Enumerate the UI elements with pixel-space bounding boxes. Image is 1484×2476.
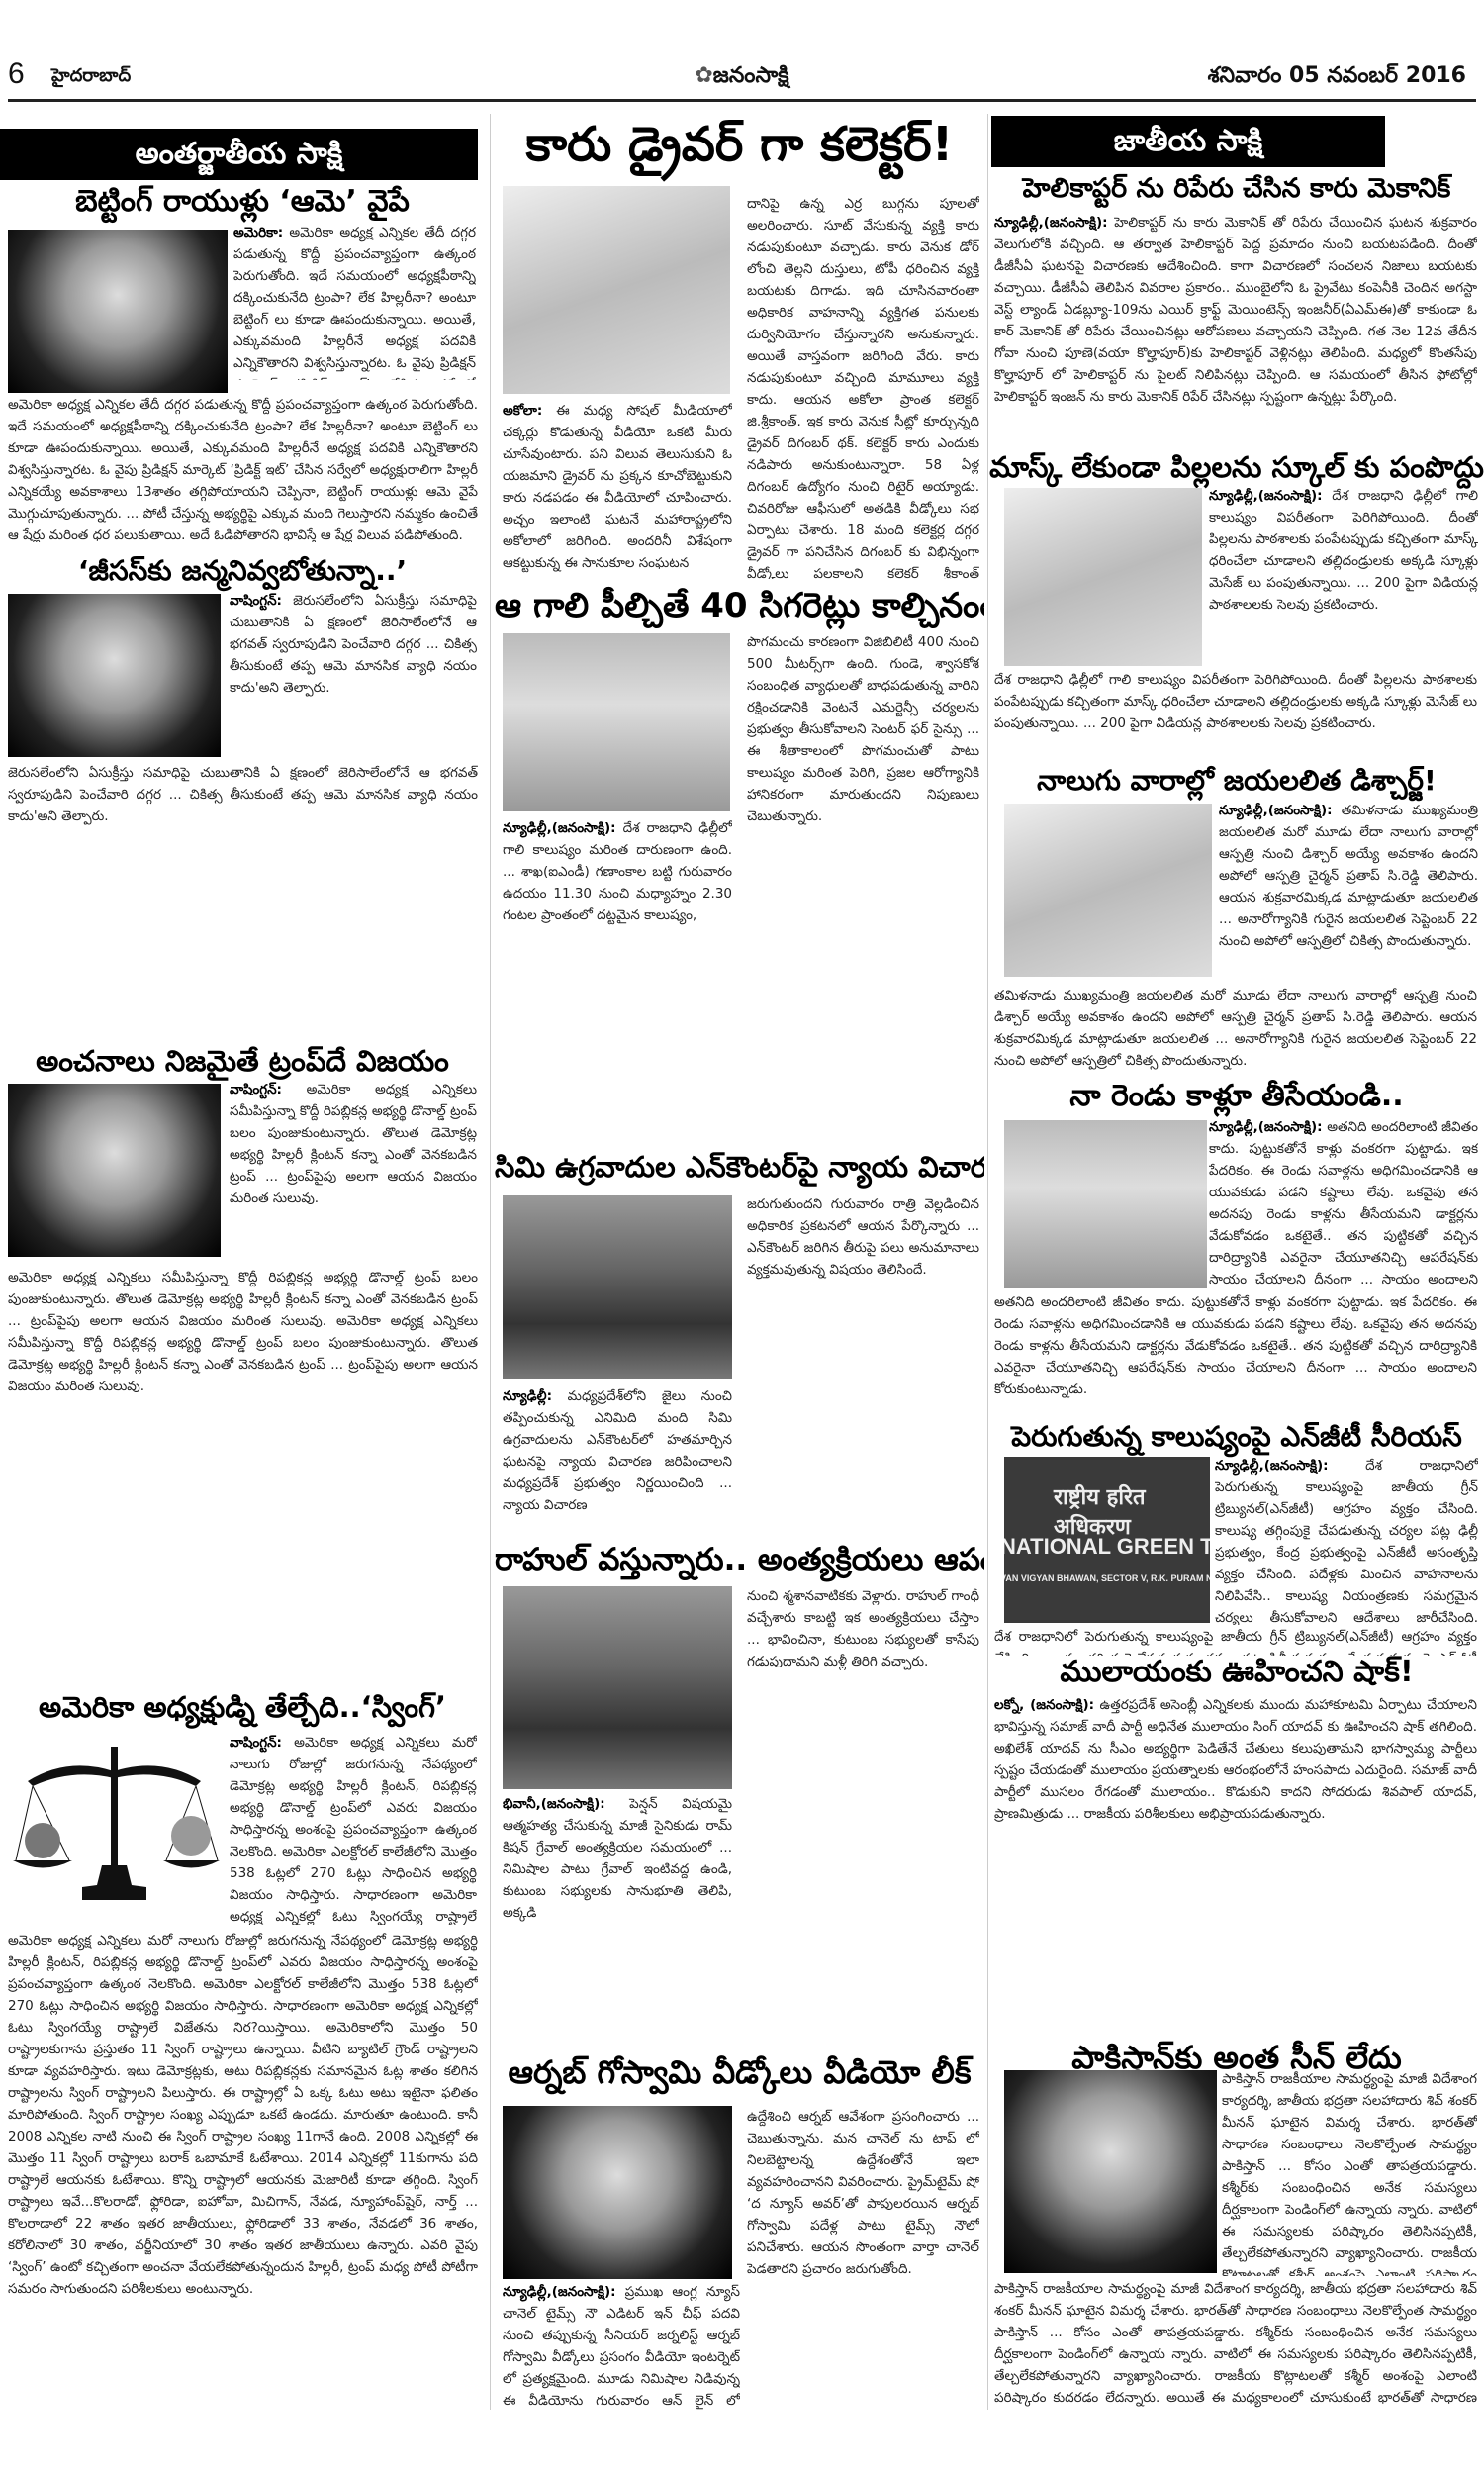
photo-prathap-reddy xyxy=(1004,804,1212,977)
article-body: భివానీ,(జనంసాక్షి): పెన్షన్ విషయమై ఆత్మహ… xyxy=(503,1793,732,2041)
photo-shivshankar-menon xyxy=(1004,2070,1217,2273)
photo-car xyxy=(503,186,730,394)
article-body: జరుగుతుందని గురువారం రాత్రి వెల్లడించిన … xyxy=(747,1193,979,1535)
headline-remove-legs: నా రెండు కాళ్లూ తీసేయండి.. xyxy=(989,1079,1484,1120)
headline-mulayam-shock: ములాయంకు ఊహించని షాక్! xyxy=(989,1655,1484,1696)
article-body-continued: తమిళనాడు ముఖ్యమంత్రి జయలలిత మరో మూడు లేద… xyxy=(994,985,1477,1079)
logo-emblem-icon: ✿ xyxy=(695,63,712,88)
headline-ngt-pollution: పెరుగుతున్న కాలుష్యంపై ఎన్‌జీటీ సీరియస్ xyxy=(989,1420,1484,1460)
photo-smog xyxy=(503,633,730,811)
article-body: న్యూఢిల్లీ: మధ్యప్రదేశ్‌లోని జైలు నుంచి … xyxy=(503,1385,732,1534)
article-body: వాషింగ్టన్: జెరుసలేంలోని ఏసుక్రీస్తు సమా… xyxy=(230,590,477,758)
headline-simi-encounter: సిమి ఉగ్రవాదుల ఎన్‌కౌంటర్‌పై న్యాయ విచార… xyxy=(495,1150,984,1191)
article-body-continued: దేశ రాజధానిలో పెరుగుతున్న కాలుష్యంపై జాత… xyxy=(994,1626,1477,1656)
article-body: న్యూఢిల్లీ,(జనంసాక్షి): దేశ రాజధాని ఢిల్… xyxy=(1209,485,1478,665)
article-body-continued: అమెరికా అధ్యక్ష ఎన్నికల తేదీ దగ్గర పడుతు… xyxy=(8,394,478,542)
article-body: న్యూఢిల్లీ,(జనంసాక్షి): ప్రముఖ ఆంగ్ల న్య… xyxy=(503,2281,740,2410)
photo-disabled-youth xyxy=(1004,1120,1207,1288)
article-body: ఉద్దేశించి ఆర్నబ్ ఆవేశంగా ప్రసంగించారు .… xyxy=(747,2106,979,2408)
photo-children-masks xyxy=(1004,488,1202,666)
headline-helicopter-mechanic: హెలికాప్టర్ ను రిపేరు చేసిన కారు మెకానిక… xyxy=(989,173,1484,211)
headline-rahul-funeral: రాహుల్ వస్తున్నారు.. అంత్యక్రియలు ఆపండి! xyxy=(495,1542,984,1584)
photo-hillary xyxy=(8,230,228,393)
headline-swing-states: అమెరికా అధ్యక్షుడ్ని తేల్చేది..‘స్వింగ్’ xyxy=(0,1690,485,1732)
headline-arnab-video: ఆర్నబ్ గోస్వామి వీడ్కోలు వీడియో లీక్ xyxy=(495,2053,984,2099)
column-divider xyxy=(490,114,491,2410)
section-national: జాతీయ సాక్షి xyxy=(991,116,1385,167)
article-body: న్యూఢిల్లీ,(జనంసాక్షి): హెలికాప్టర్ ను క… xyxy=(994,212,1477,437)
article-body: న్యూఢిల్లీ,(జనంసాక్షి): దేశ రాజధానిలో పె… xyxy=(1215,1455,1478,1625)
trump-portrait xyxy=(171,1816,211,1856)
headline-collector-driver: కారు డ్రైవర్ గా కలెక్టర్! xyxy=(495,117,984,184)
headline-jesus: ‘జీసస్‌కు జన్మనివ్వబోతున్నా..’ xyxy=(0,554,485,594)
photo-woman xyxy=(8,594,221,757)
article-body: వాషింగ్టన్: అమెరికా అధ్యక్ష ఎన్నికలు సమీ… xyxy=(230,1079,477,1262)
masthead: 6 హైదరాబాద్ ✿జనంసాక్షి శనివారం 05 నవంబర్… xyxy=(8,51,1476,102)
photo-trump xyxy=(8,1084,221,1257)
article-body: లక్నో, (జనంసాక్షి): ఉత్తరప్రదేశ్ అసెంబ్ల… xyxy=(994,1694,1477,2036)
article-body: న్యూఢిల్లీ,(జనంసాక్షి): అతనిది అందరిలాంట… xyxy=(1209,1116,1478,1289)
photo-arnab-goswami xyxy=(503,2106,732,2279)
scale-illustration xyxy=(8,1737,221,1910)
photo-encounter-site xyxy=(503,1195,732,1379)
article-body: న్యూఢిల్లీ,(జనంసాక్షి): తమిళనాడు ముఖ్యమం… xyxy=(1219,800,1478,983)
balance-scale-icon xyxy=(8,1737,221,1910)
article-body-continued: అతనిది అందరిలాంటి జీవితం కాదు. పుట్టుకతో… xyxy=(994,1291,1477,1420)
article-body: దానిపై ఉన్న ఎర్ర బుగ్గను పూలతో అలరించారు… xyxy=(747,193,979,579)
article-body: అకోలా: ఈ మధ్య సోషల్ మీడియాలో చక్కర్లు కొ… xyxy=(503,400,732,578)
article-body-continued: అమెరికా అధ్యక్ష ఎన్నికలు మరో నాలుగు రోజు… xyxy=(8,1930,478,2405)
section-international: అంతర్జాతీయ సాక్షి xyxy=(0,129,478,180)
article-body-continued: పాకిస్తాన్ రాజకీయాల సామర్థ్యంపై మాజీ విద… xyxy=(994,2278,1477,2409)
headline-delhi-smog: ఆ గాలి పీల్చితే 40 సిగరెట్లు కాల్చినంత! xyxy=(495,586,984,633)
hillary-portrait xyxy=(25,1823,60,1858)
article-body-continued: దేశ రాజధాని ఢిల్లీలో గాలి కాలుష్యం విపరీ… xyxy=(994,669,1477,756)
column-divider xyxy=(987,114,988,2410)
photo-rahul-gandhi xyxy=(503,1586,732,1789)
article-body: పొగమంచు కారణంగా విజిబిలిటీ 400 నుంచి 500… xyxy=(747,631,979,1096)
headline-jayalalitha-discharge: నాలుగు వారాల్లో జయలలిత డిశ్చార్జ్! xyxy=(989,764,1484,804)
article-body: అమెరికా: అమెరికా అధ్యక్ష ఎన్నికల తేదీ దగ… xyxy=(233,222,476,380)
article-body: వాషింగ్టన్: అమెరికా అధ్యక్ష ఎన్నికలు మరో… xyxy=(230,1732,477,1925)
article-body: నుంచి శ్మశానవాటికకు వెళ్లారు. రాహుల్ గాం… xyxy=(747,1585,979,2041)
article-body-continued: అమెరికా అధ్యక్ష ఎన్నికలు సమీపిస్తున్నా క… xyxy=(8,1267,478,1672)
article-body: న్యూఢిల్లీ,(జనంసాక్షి): దేశ రాజధాని ఢిల్… xyxy=(503,817,732,1095)
article-body-continued: జెరుసలేంలోని ఏసుక్రీస్తు సమాధిపై చుబుతాన… xyxy=(8,762,478,1029)
photo-ngt-signboard: राष्ट्रीय हरित अधिकरण NATIONAL GREEN TRI… xyxy=(1004,1457,1210,1623)
article-body: పాకిస్తాన్ రాజకీయాల సామర్థ్యంపై మాజీ విద… xyxy=(1222,2068,1477,2276)
headline-betting: బెట్టింగ్ రాయుళ్లు ‘ఆమె’ వైపే xyxy=(0,184,485,226)
issue-date: శనివారం 05 నవంబర్ 2016 xyxy=(1208,63,1466,93)
